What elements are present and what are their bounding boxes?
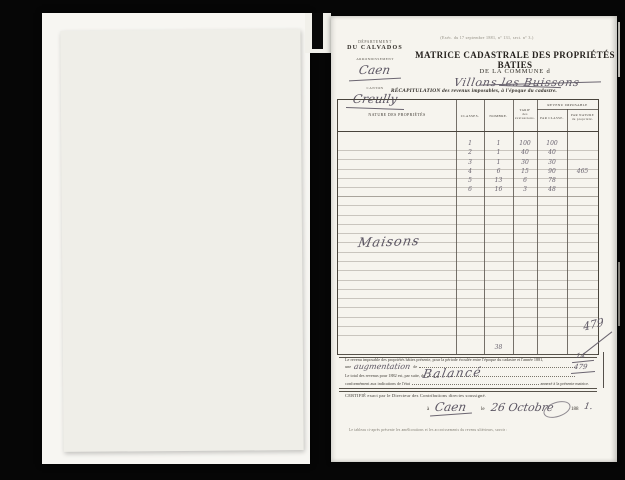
date-label: le (481, 407, 485, 412)
cell-par_classe (537, 345, 567, 354)
cell-tarif (513, 197, 537, 206)
table-row: 313030 (338, 151, 598, 160)
cell-tarif (513, 299, 537, 308)
table-row: 11100100 (338, 132, 598, 141)
cell-classe (456, 262, 484, 271)
cell-par_classe (537, 197, 567, 206)
cell-nombre (484, 308, 513, 317)
cell-par_classe (537, 327, 567, 336)
cell-nombre (484, 345, 513, 354)
cell-nature (338, 281, 456, 290)
col-header-tarif: TARIF des évaluations. (513, 109, 537, 120)
cell-par_classe (537, 216, 567, 225)
table-rule (537, 109, 598, 110)
cell-nombre (484, 243, 513, 252)
nature-entry-handwritten: Maisons (357, 234, 421, 251)
cell-nature (338, 327, 456, 336)
cell-nature (338, 216, 456, 225)
cell-nombre (484, 318, 513, 327)
col-header-classes: CLASSES. (456, 114, 484, 118)
cell-nombre (484, 327, 513, 336)
table-row (338, 281, 598, 290)
cell-par_nature (567, 197, 598, 206)
departement-value: DU CALVADOS (333, 45, 417, 51)
cell-classe (456, 197, 484, 206)
total-value-handwritten: 479 (573, 363, 588, 371)
cell-tarif (513, 318, 537, 327)
cell-par_nature (567, 308, 598, 317)
cell-nature (338, 262, 456, 271)
year-handwritten: 1. (583, 402, 593, 412)
cell-par_classe (537, 290, 567, 299)
cell-classe (456, 299, 484, 308)
cell-nombre (484, 197, 513, 206)
table-row (338, 262, 598, 271)
cell-par_nature (567, 253, 598, 262)
left-backing-sheet (42, 13, 310, 464)
cell-tarif (513, 216, 537, 225)
cell-par_nature (567, 225, 598, 234)
cell-par_nature (567, 206, 598, 215)
cell-nature (338, 253, 456, 262)
cell-tarif (513, 188, 537, 197)
dotted-leader (412, 384, 539, 385)
footer-line4-prefix: conformément aux indications de l'état (345, 381, 410, 386)
cell-par_nature (567, 281, 598, 290)
cell-nombre (484, 281, 513, 290)
cell-par_nature (567, 243, 598, 252)
cell-nature (338, 318, 456, 327)
cell-nature (338, 308, 456, 317)
cell-tarif (513, 290, 537, 299)
recap-heading: RÉCAPITULATION des revenus imposables, à… (341, 88, 607, 94)
year-printed: 188 (571, 407, 579, 412)
table-row (338, 253, 598, 262)
cell-par_classe (537, 308, 567, 317)
cell-nature (338, 345, 456, 354)
cell-tarif (513, 345, 537, 354)
page-title: MATRICE CADASTRALE DES PROPRIÉTÉS BATIES (415, 50, 615, 70)
cell-nature (338, 225, 456, 234)
blank-left-page (60, 29, 303, 452)
place-handwritten: Caen (434, 400, 468, 414)
cell-nombre (484, 234, 513, 243)
cell-classe (456, 225, 484, 234)
table-row (338, 327, 598, 336)
cell-classe (456, 345, 484, 354)
table-row (338, 188, 598, 197)
flourish-underline (349, 78, 401, 82)
col-header-par-nature: PAR NATURE de propriété. (567, 114, 598, 122)
margin-rule (603, 352, 604, 388)
cell-nombre (484, 225, 513, 234)
cell-nature (338, 197, 456, 206)
cell-tarif (513, 225, 537, 234)
cell-tarif (513, 243, 537, 252)
cell-classe (456, 271, 484, 280)
table-row: 616348 (338, 178, 598, 187)
cell-tarif (513, 262, 537, 271)
table-row (338, 271, 598, 280)
recap-table: NATURE DES PROPRIÉTÉS CLASSES. NOMBRE. T… (337, 99, 599, 355)
cell-par_classe (537, 262, 567, 271)
cell-par_classe (537, 253, 567, 262)
footer-line4: conformément aux indications de l'état a… (345, 381, 589, 386)
divider-rule (339, 388, 597, 392)
arrondissement-handwritten: Caen (358, 63, 392, 77)
cell-nature (338, 188, 456, 197)
table-row (338, 345, 598, 354)
scanned-register-photo: { "scan": { "background_color": "#060606… (0, 0, 625, 480)
cell-classe (456, 253, 484, 262)
cell-nombre (484, 299, 513, 308)
cell-tarif (513, 234, 537, 243)
page-stack-edge (618, 262, 620, 326)
cell-par_nature (567, 234, 598, 243)
col-header-nombre: NOMBRE. (484, 114, 513, 118)
cell-tarif (513, 308, 537, 317)
cell-nature (338, 290, 456, 299)
cell-par_classe (537, 234, 567, 243)
cell-classe (456, 290, 484, 299)
cell-nature (338, 299, 456, 308)
cell-classe (456, 243, 484, 252)
footer-line3-text: Le total des revenus pour 1882 est, par … (345, 373, 425, 378)
place-label: à (427, 407, 429, 412)
book-gutter-shadow (312, 13, 323, 49)
cell-tarif (513, 206, 537, 215)
cell-par_classe (537, 225, 567, 234)
cell-par_nature (567, 216, 598, 225)
cell-nombre (484, 188, 513, 197)
cell-classe (456, 327, 484, 336)
departement-label: DÉPARTEMENT (333, 40, 417, 44)
cell-par_classe (537, 188, 567, 197)
cell-par_nature (567, 271, 598, 280)
value-underline (571, 371, 595, 374)
col-header-nature: NATURE DES PROPRIÉTÉS (338, 112, 456, 117)
cell-classe (456, 308, 484, 317)
table-row (338, 308, 598, 317)
table-row (338, 206, 598, 215)
cell-nombre (484, 206, 513, 215)
cell-tarif (513, 327, 537, 336)
table-row: 461590465 (338, 160, 598, 169)
footer-line4-suffix: annexé à la présente matrice. (541, 381, 589, 386)
footnote: Le tableau ci-après présente les amélior… (349, 428, 593, 432)
augmentation-value-handwritten: 14 (575, 352, 585, 360)
cell-nombre (484, 262, 513, 271)
table-row (338, 225, 598, 234)
cell-par_nature (567, 299, 598, 308)
col-header-par-classe: PAR CLASSE. (537, 116, 567, 120)
footer-line2-suffix: de (413, 364, 417, 369)
table-row (338, 290, 598, 299)
table-row (338, 216, 598, 225)
cell-par_classe (537, 243, 567, 252)
col-header-tarif-line: évaluations. (513, 117, 537, 121)
form-reference-note: (Exéc. du 17 septembre 1881, n° 131, sec… (419, 35, 555, 40)
cell-classe (456, 206, 484, 215)
cell-par_nature (567, 290, 598, 299)
cell-nombre (484, 253, 513, 262)
commune-label: DE LA COMMUNE d (479, 68, 550, 75)
table-row: 38 (338, 336, 598, 345)
cell-tarif (513, 253, 537, 262)
col-header-par-nature-line: de propriété. (567, 118, 598, 122)
footer-line2-prefix: une (345, 364, 351, 369)
cell-classe (456, 234, 484, 243)
cell-classe (456, 281, 484, 290)
table-row (338, 299, 598, 308)
balance-handwritten: Balancé (422, 365, 483, 381)
col-group-revenu: REVENU IMPOSABLE (537, 103, 598, 107)
cell-par_classe (537, 271, 567, 280)
certify-line: CERTIFIÉ exact par le Directeur des Cont… (345, 393, 595, 398)
cell-nombre (484, 271, 513, 280)
cell-nature (338, 206, 456, 215)
cell-nombre (484, 216, 513, 225)
arrondissement-label: ARRONDISSEMENT (333, 57, 417, 61)
cell-nature (338, 271, 456, 280)
table-row (338, 197, 598, 206)
cell-classe (456, 188, 484, 197)
cell-par_classe (537, 281, 567, 290)
cell-par_classe (537, 206, 567, 215)
cell-par_nature (567, 188, 598, 197)
cell-par_classe (537, 318, 567, 327)
cell-classe (456, 216, 484, 225)
table-row (338, 318, 598, 327)
cell-par_nature (567, 262, 598, 271)
matrice-form-page: (Exéc. du 17 septembre 1881, n° 131, sec… (331, 16, 617, 462)
table-row: 513678 (338, 169, 598, 178)
page-stack-edge (618, 22, 620, 77)
cell-classe (456, 318, 484, 327)
cell-tarif (513, 281, 537, 290)
cell-tarif (513, 271, 537, 280)
cell-nombre (484, 290, 513, 299)
table-row: 214040 (338, 141, 598, 150)
cell-par_classe (537, 299, 567, 308)
augmentation-handwritten: augmentation (354, 364, 411, 369)
